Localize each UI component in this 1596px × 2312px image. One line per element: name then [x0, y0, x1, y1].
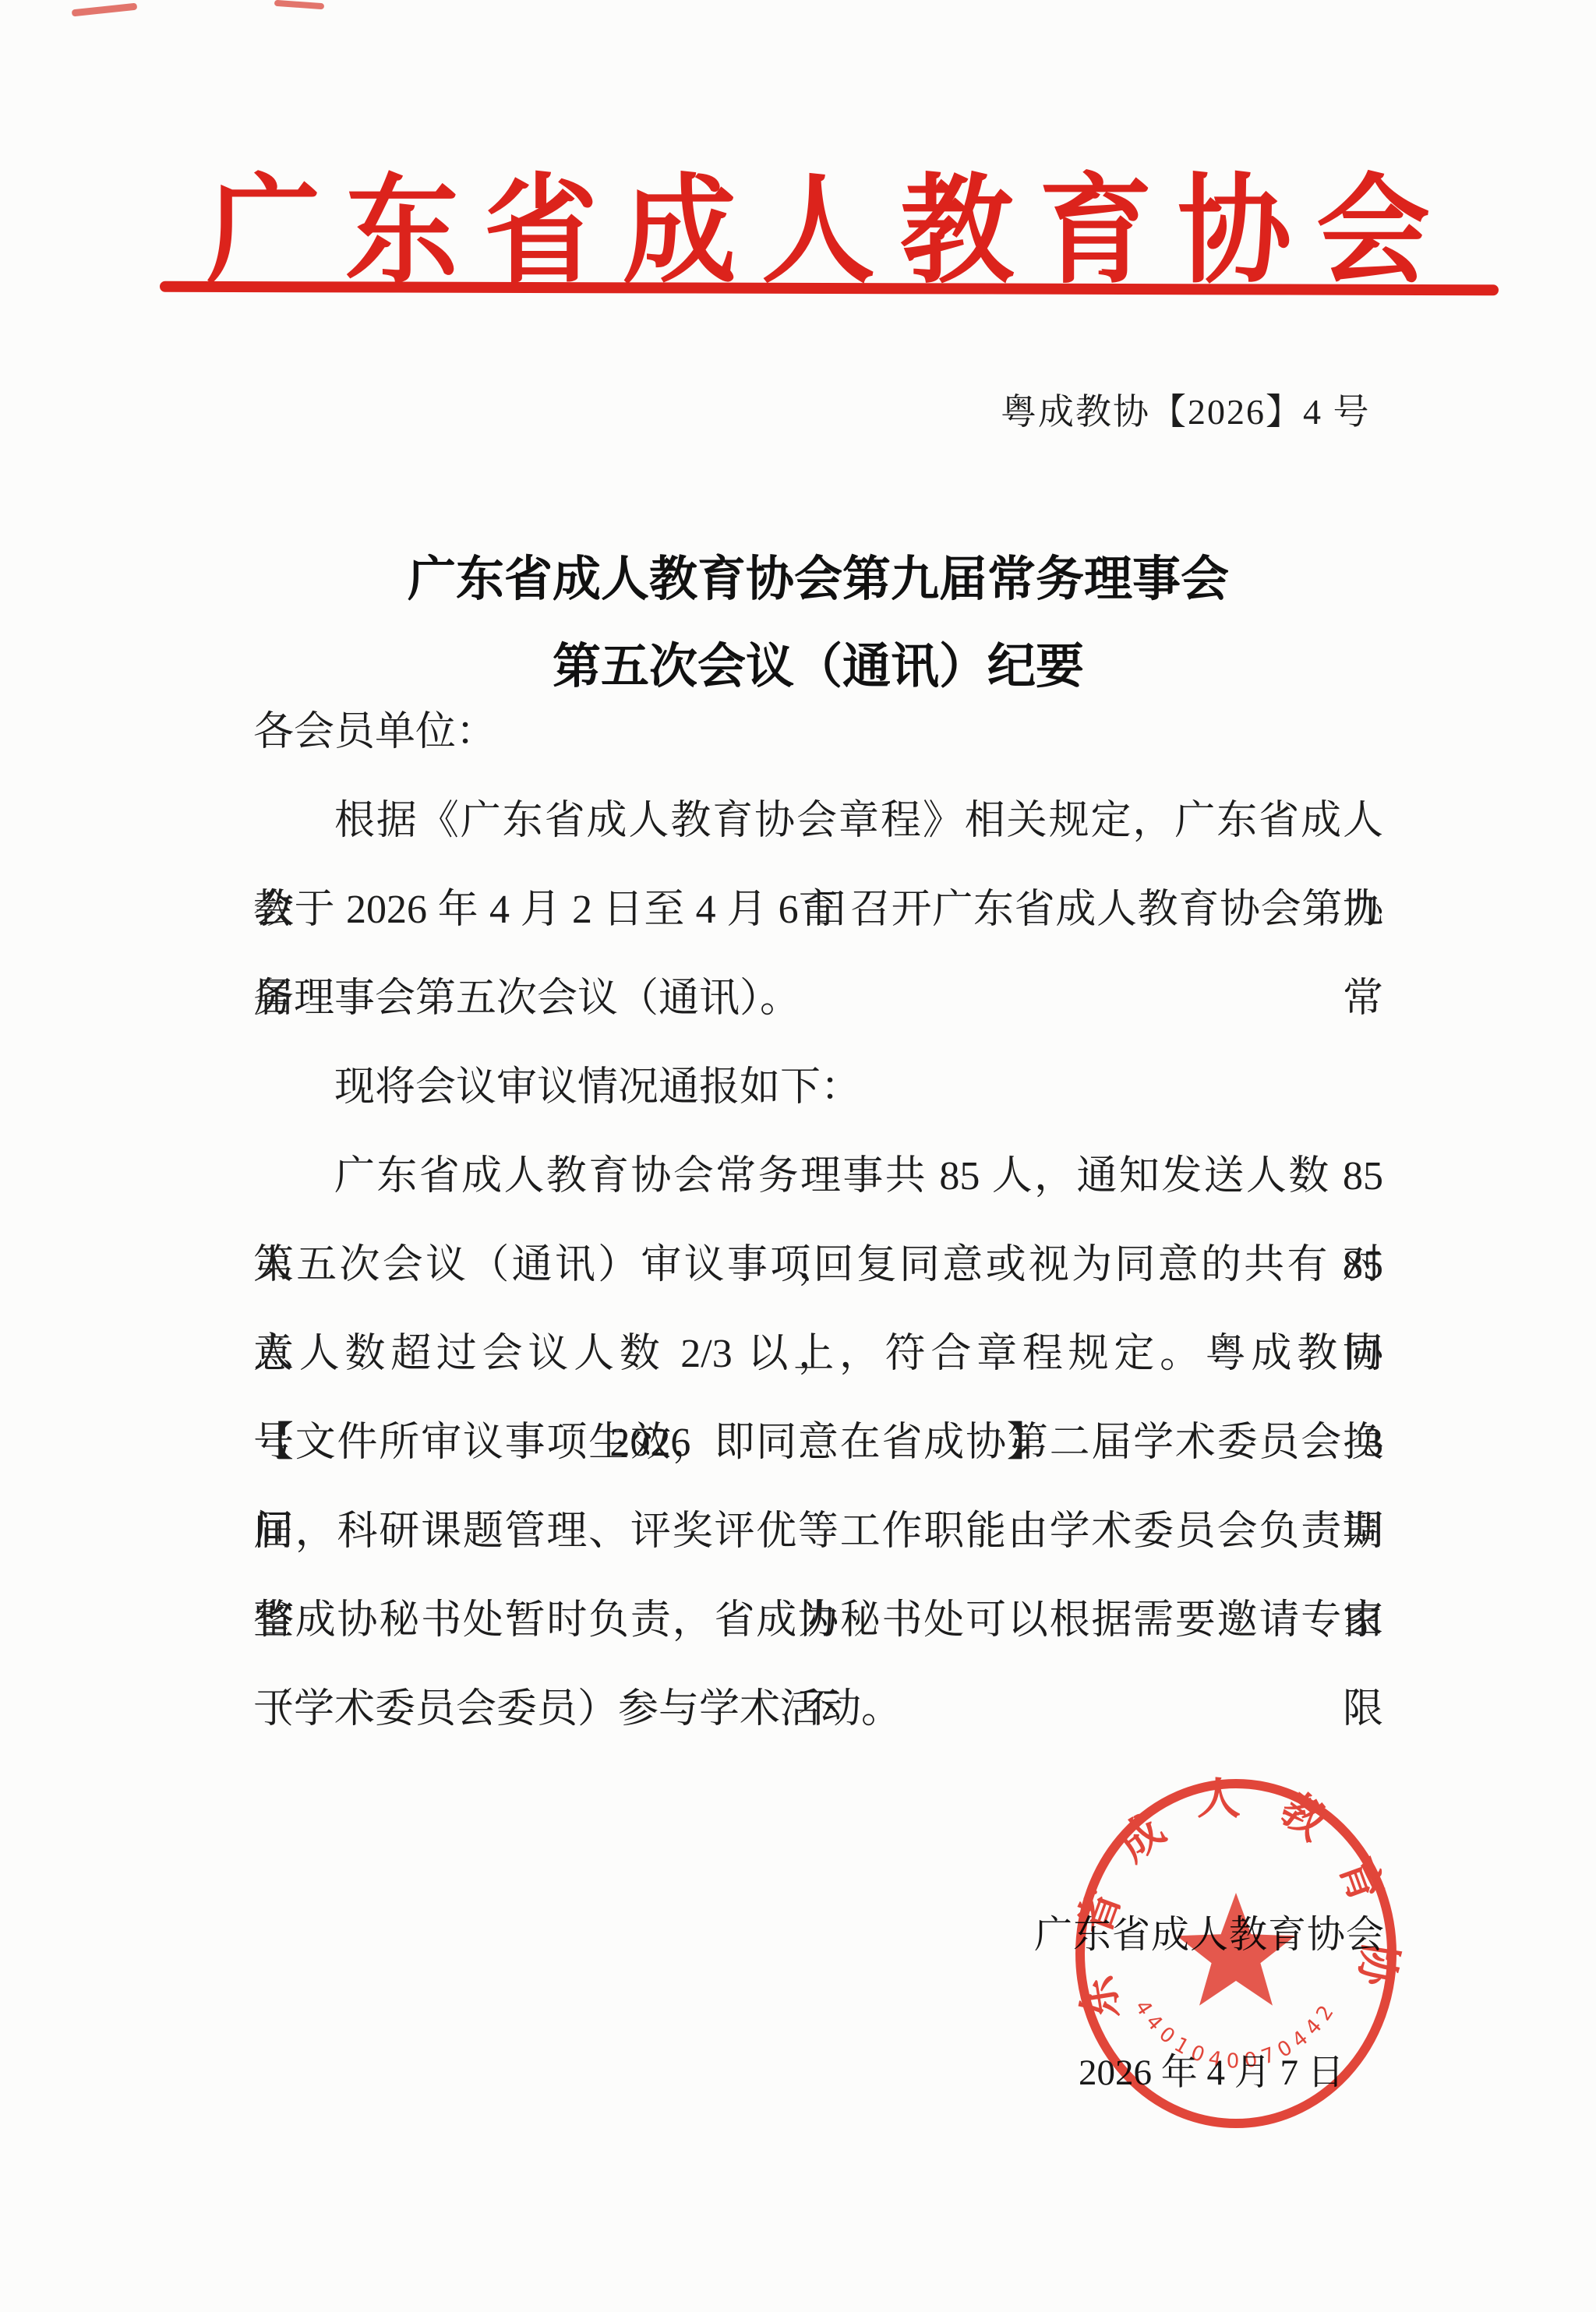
scan-artifact [274, 0, 324, 9]
document-number: 粤成教协【2026】4 号 [1001, 383, 1371, 435]
document-title-line1: 广东省成人教育协会第九届常务理事会 [0, 536, 1596, 623]
document-title: 广东省成人教育协会第九届常务理事会 第五次会议（通讯）纪要 [0, 536, 1596, 711]
body-line: 省成协秘书处暂时负责，省成协秘书处可以根据需要邀请专家（不限 [253, 1576, 1383, 1665]
seal-star-icon [1177, 1893, 1295, 2006]
seal-serial-number: 4401040070442 [1130, 1996, 1342, 2074]
letterhead-title: 广东省成人教育协会 [0, 136, 1596, 305]
body-line: 第五次会议（通讯）审议事项回复同意或视为同意的共有 85 人，同 [253, 1221, 1383, 1310]
body-line: 间，科研课题管理、评奖评优等工作职能由学术委员会负责调整为由 [253, 1488, 1383, 1576]
body-line: 会于 2026 年 4 月 2 日至 4 月 6 日召开广东省成人教育协会第九届… [253, 866, 1383, 955]
body-line: 广东省成人教育协会常务理事共 85 人，通知发送人数 85 人，对 [253, 1132, 1383, 1221]
body-line: 根据《广东省成人教育协会章程》相关规定，广东省成人教育协 [253, 777, 1383, 866]
document-body: 各会员单位： 根据《广东省成人教育协会章程》相关规定，广东省成人教育协 会于 2… [253, 688, 1383, 1754]
body-line: 现将会议审议情况通报如下： [253, 1043, 1383, 1132]
body-line: 各会员单位： [253, 688, 1383, 777]
body-line: 号文件所审议事项生效，即同意在省成协第二届学术委员会换届期 [253, 1399, 1383, 1488]
official-seal: 广东省成人教育协会 4401040070442 [1065, 1770, 1407, 2137]
scan-artifact [72, 3, 137, 17]
body-line: 意人数超过会议人数 2/3 以上，符合章程规定。粤成教协【2026】3 [253, 1310, 1383, 1399]
document-page: 广东省成人教育协会 粤成教协【2026】4 号 广东省成人教育协会第九届常务理事… [0, 0, 1596, 2312]
seal-ring-text: 广东省成人教育协会 [1065, 1770, 1404, 2023]
